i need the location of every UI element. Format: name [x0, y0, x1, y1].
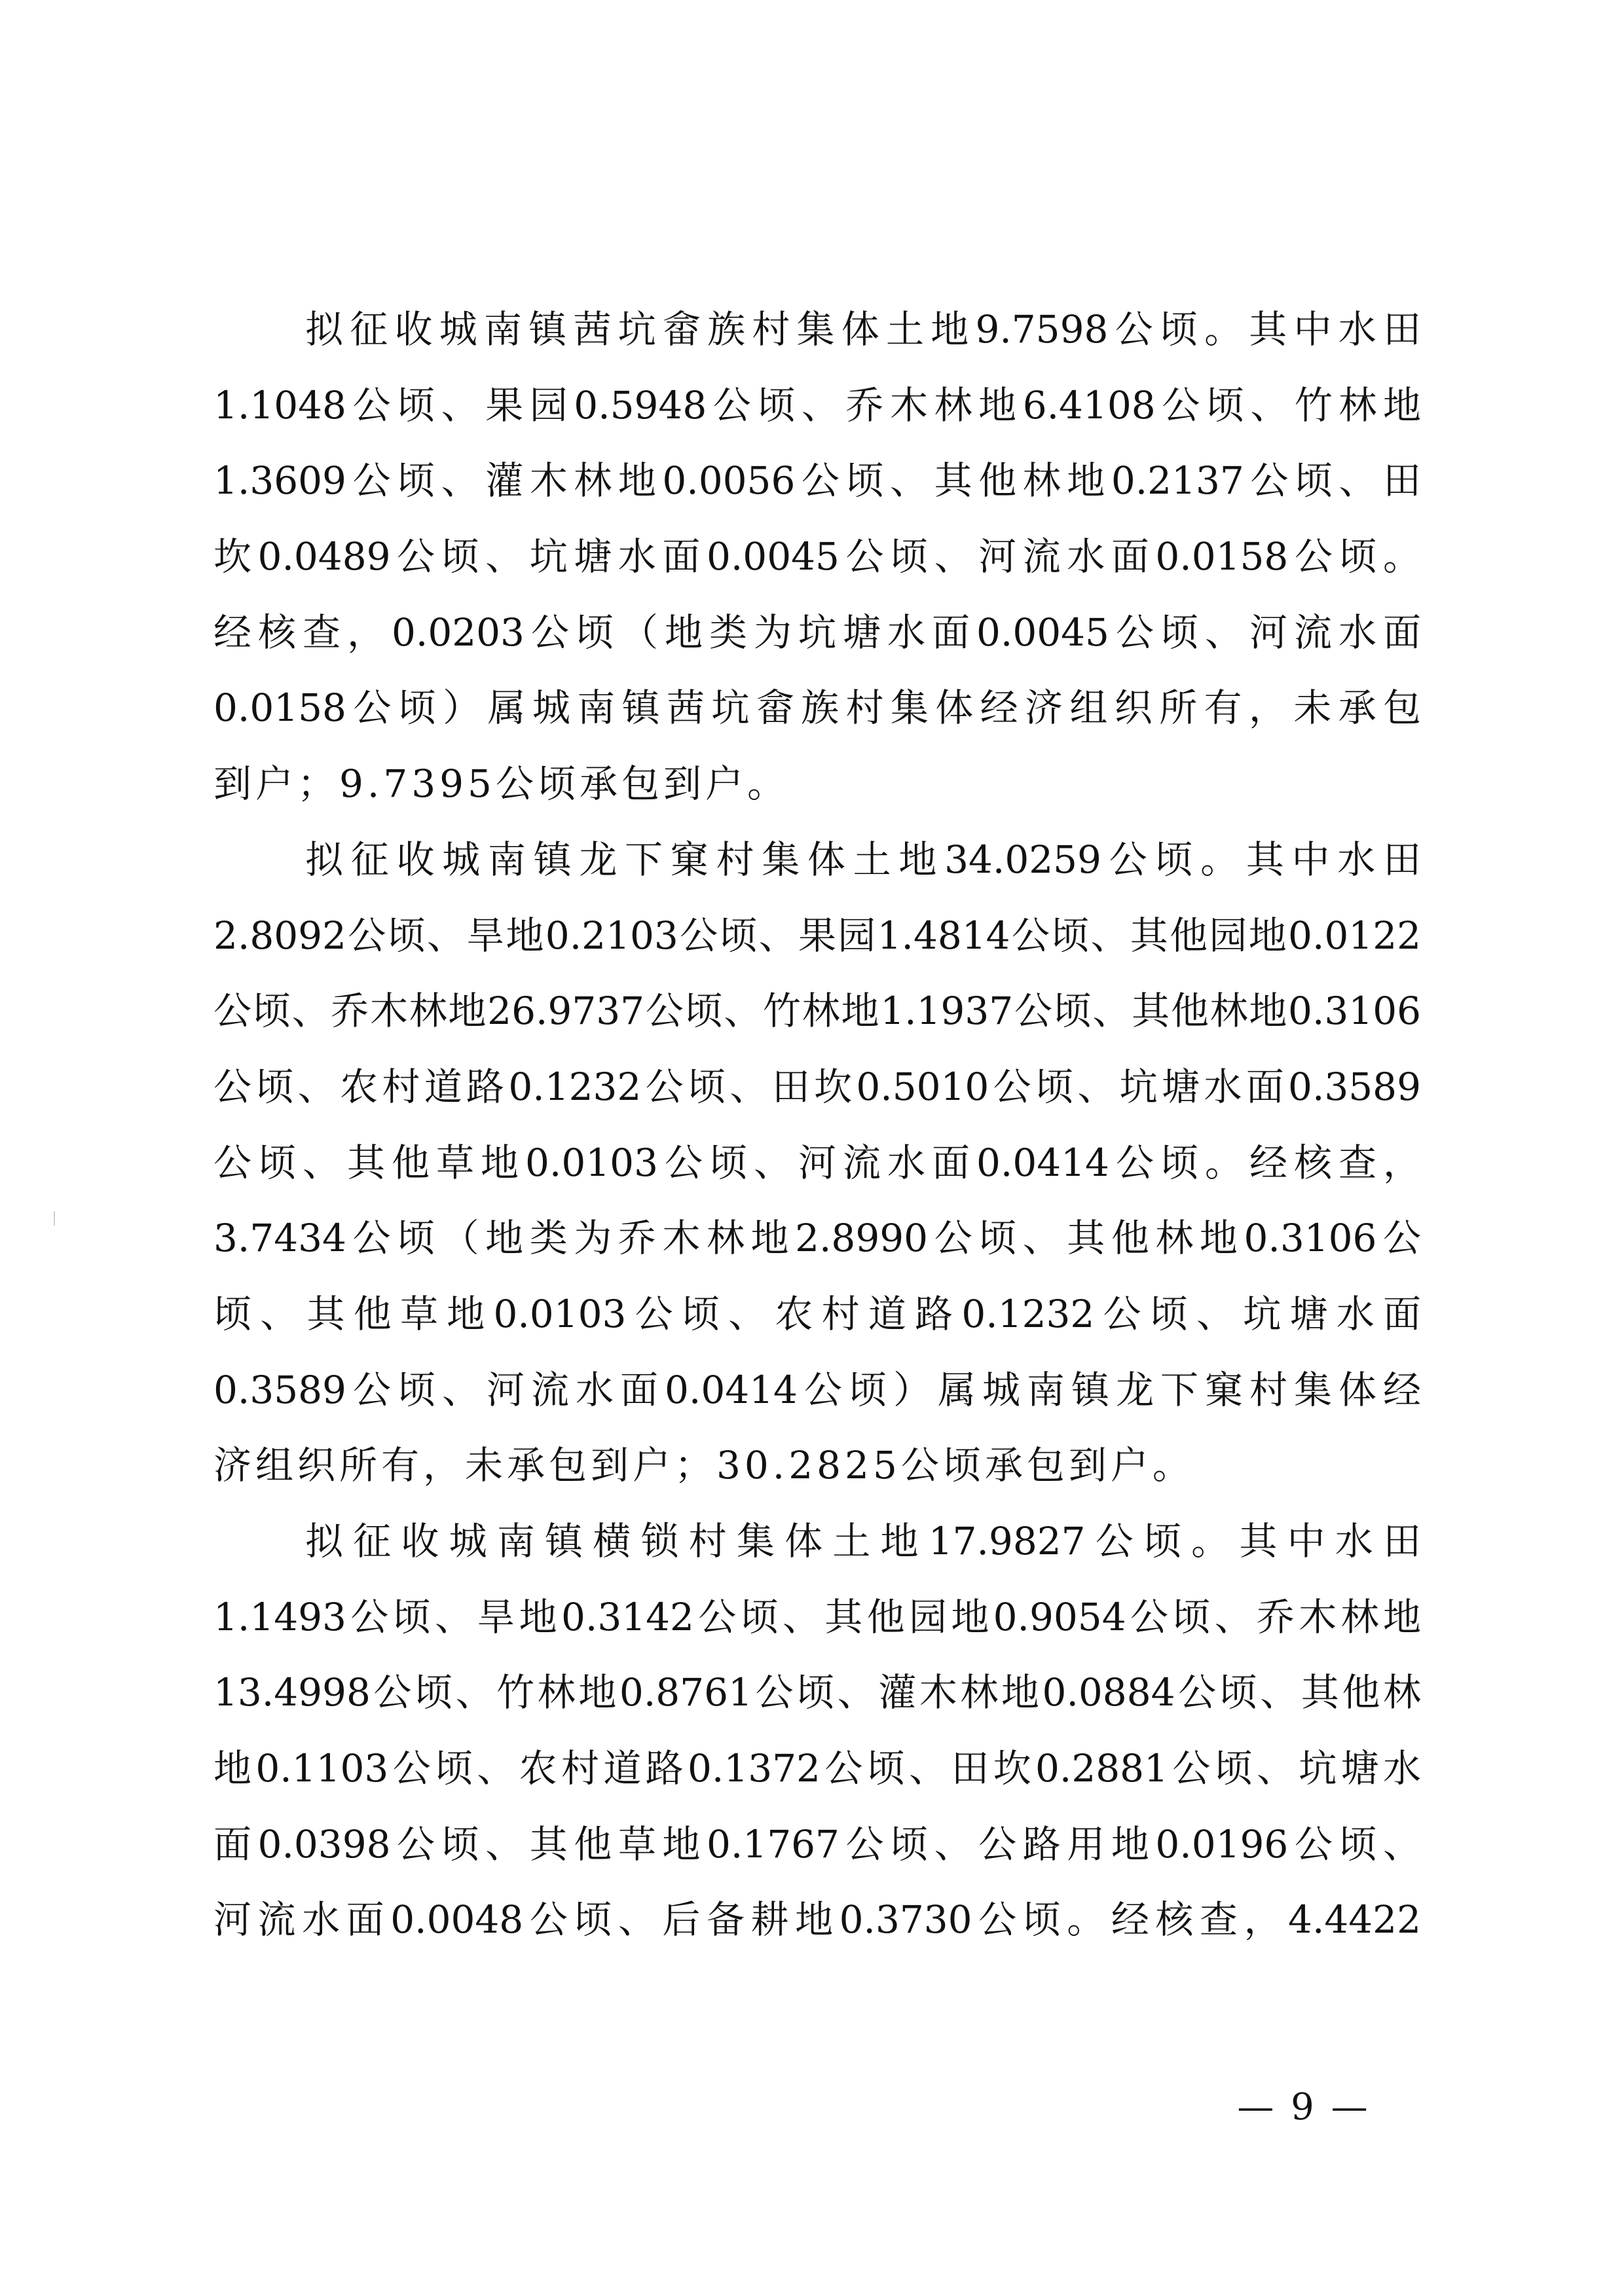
text-line: 拟征收城南镇茜坑畲族村集体土地9.7598公顷。其中水田 [213, 292, 1421, 368]
body-text: 拟征收城南镇茜坑畲族村集体土地9.7598公顷。其中水田 1.1048公顷、果园… [213, 292, 1421, 1958]
scan-artifact [54, 1211, 55, 1226]
text-line: 拟征收城南镇横锁村集体土地17.9827公顷。其中水田 [213, 1504, 1421, 1580]
text-line: 地0.1103公顷、农村道路0.1372公顷、田坎0.2881公顷、坑塘水 [213, 1731, 1421, 1807]
text-line: 顷、其他草地0.0103公顷、农村道路0.1232公顷、坑塘水面 [213, 1277, 1421, 1353]
text-line: 2.8092公顷、旱地0.2103公顷、果园1.4814公顷、其他园地0.012… [213, 898, 1421, 974]
text-line: 公顷、农村道路0.1232公顷、田坎0.5010公顷、坑塘水面0.3589 [213, 1049, 1421, 1125]
paragraph-hengsuo-village: 拟征收城南镇横锁村集体土地17.9827公顷。其中水田 1.1493公顷、旱地0… [213, 1504, 1421, 1958]
text-line: 1.1493公顷、旱地0.3142公顷、其他园地0.9054公顷、乔木林地 [213, 1580, 1421, 1656]
paragraph-longxiake-village: 拟征收城南镇龙下窠村集体土地34.0259公顷。其中水田 2.8092公顷、旱地… [213, 822, 1421, 1504]
text-line: 河流水面0.0048公顷、后备耕地0.3730公顷。经核查，4.4422 [213, 1882, 1421, 1958]
text-line: 到户；9.7395公顷承包到户。 [213, 746, 1421, 822]
text-line: 1.1048公顷、果园0.5948公顷、乔木林地6.4108公顷、竹林地 [213, 368, 1421, 444]
text-line: 经核查，0.0203公顷（地类为坑塘水面0.0045公顷、河流水面 [213, 595, 1421, 671]
text-line: 拟征收城南镇龙下窠村集体土地34.0259公顷。其中水田 [213, 822, 1421, 898]
text-line: 公顷、其他草地0.0103公顷、河流水面0.0414公顷。经核查， [213, 1125, 1421, 1201]
text-line: 面0.0398公顷、其他草地0.1767公顷、公路用地0.0196公顷、 [213, 1807, 1421, 1883]
text-line: 0.0158公顷）属城南镇茜坑畲族村集体经济组织所有，未承包 [213, 670, 1421, 746]
text-line: 13.4998公顷、竹林地0.8761公顷、灌木林地0.0884公顷、其他林 [213, 1655, 1421, 1731]
paragraph-xikeng-she-village: 拟征收城南镇茜坑畲族村集体土地9.7598公顷。其中水田 1.1048公顷、果园… [213, 292, 1421, 822]
text-line: 3.7434公顷（地类为乔木林地2.8990公顷、其他林地0.3106公 [213, 1201, 1421, 1277]
text-line: 济组织所有，未承包到户；30.2825公顷承包到户。 [213, 1428, 1421, 1504]
text-line: 坎0.0489公顷、坑塘水面0.0045公顷、河流水面0.0158公顷。 [213, 519, 1421, 595]
page-number: — 9 — [1235, 2085, 1373, 2130]
document-page: 拟征收城南镇茜坑畲族村集体土地9.7598公顷。其中水田 1.1048公顷、果园… [0, 0, 1624, 2296]
text-line: 0.3589公顷、河流水面0.0414公顷）属城南镇龙下窠村集体经 [213, 1353, 1421, 1429]
text-line: 1.3609公顷、灌木林地0.0056公顷、其他林地0.2137公顷、田 [213, 443, 1421, 519]
text-line: 公顷、乔木林地26.9737公顷、竹林地1.1937公顷、其他林地0.3106 [213, 974, 1421, 1049]
